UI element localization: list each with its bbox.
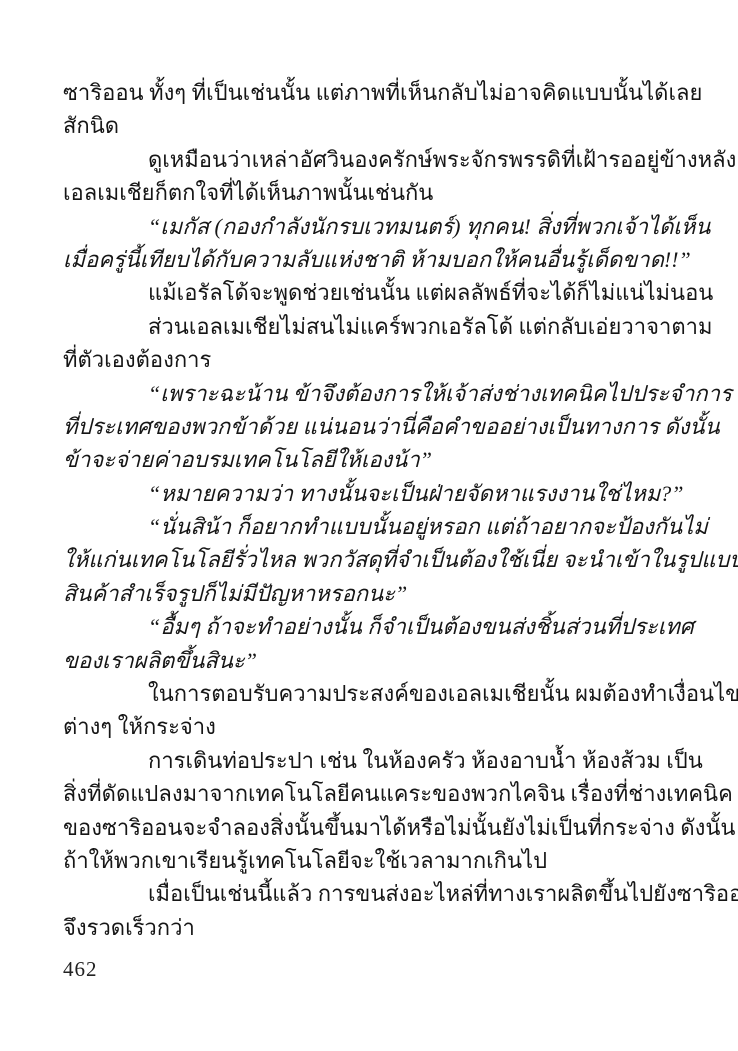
text-line: “อื้มๆ ถ้าจะทำอย่างนั้น ก็จำเป็นต้องขนส่…	[63, 610, 703, 643]
text-line: “เพราะฉะน้าน ข้าจึงต้องการให้เจ้าส่งช่าง…	[63, 377, 703, 410]
text-line: แม้เอรัลโด้จะพูดช่วยเช่นนั้น แต่ผลลัพธ์ท…	[63, 276, 703, 309]
text-block: ซาริออน ทั้งๆ ที่เป็นเช่นนั้น แต่ภาพที่เ…	[63, 76, 703, 944]
text-line: ดูเหมือนว่าเหล่าอัศวินองครักษ์พระจักรพรร…	[63, 143, 703, 176]
text-line: ต่างๆ ให้กระจ่าง	[63, 710, 703, 743]
page-number: 462	[63, 957, 98, 982]
text-line: ของซาริออนจะจำลองสิ่งนั้นขึ้นมาได้หรือไม…	[63, 811, 703, 844]
text-line: ส่วนเอลเมเชียไม่สนไม่แคร์พวกเอรัลโด้ แต่…	[63, 310, 703, 343]
text-line: ที่ประเทศของพวกข้าด้วย แน่นอนว่านี่คือคำ…	[63, 410, 703, 443]
text-line: ข้าจะจ่ายค่าอบรมเทคโนโลยีให้เองน้า”	[63, 443, 703, 476]
text-line: สินค้าสำเร็จรูปก็ไม่มีปัญหาหรอกนะ”	[63, 577, 703, 610]
text-line: สักนิด	[63, 109, 703, 142]
text-line: “หมายความว่า ทางนั้นจะเป็นฝ่ายจัดหาแรงงา…	[63, 477, 703, 510]
text-line: ให้แก่นเทคโนโลยีรั่วไหล พวกวัสดุที่จำเป็…	[63, 543, 703, 576]
text-line: เมื่อเป็นเช่นนี้แล้ว การขนส่งอะไหล่ที่ทา…	[63, 877, 703, 910]
text-line: ของเราผลิตขึ้นสินะ”	[63, 644, 703, 677]
text-line: จึงรวดเร็วกว่า	[63, 911, 703, 944]
text-line: “เมกัส (กองกำลังนักรบเวทมนตร์) ทุกคน! สิ…	[63, 210, 703, 243]
text-line: เมื่อครู่นี้เทียบได้กับความลับแห่งชาติ ห…	[63, 243, 703, 276]
text-line: ซาริออน ทั้งๆ ที่เป็นเช่นนั้น แต่ภาพที่เ…	[63, 76, 703, 109]
text-line: ในการตอบรับความประสงค์ของเอลเมเชียนั้น ผ…	[63, 677, 703, 710]
text-line: สิ่งที่ดัดแปลงมาจากเทคโนโลยีคนแคระของพวก…	[63, 777, 703, 810]
text-line: ถ้าให้พวกเขาเรียนรู้เทคโนโลยีจะใช้เวลามา…	[63, 844, 703, 877]
book-page: ซาริออน ทั้งๆ ที่เป็นเช่นนั้น แต่ภาพที่เ…	[0, 0, 738, 1051]
text-line: เอลเมเชียก็ตกใจที่ได้เห็นภาพนั้นเช่นกัน	[63, 176, 703, 209]
text-line: “นั่นสิน้า ก็อยากทำแบบนั้นอยู่หรอก แต่ถ้…	[63, 510, 703, 543]
text-line: ที่ตัวเองต้องการ	[63, 343, 703, 376]
text-line: การเดินท่อประปา เช่น ในห้องครัว ห้องอาบน…	[63, 744, 703, 777]
